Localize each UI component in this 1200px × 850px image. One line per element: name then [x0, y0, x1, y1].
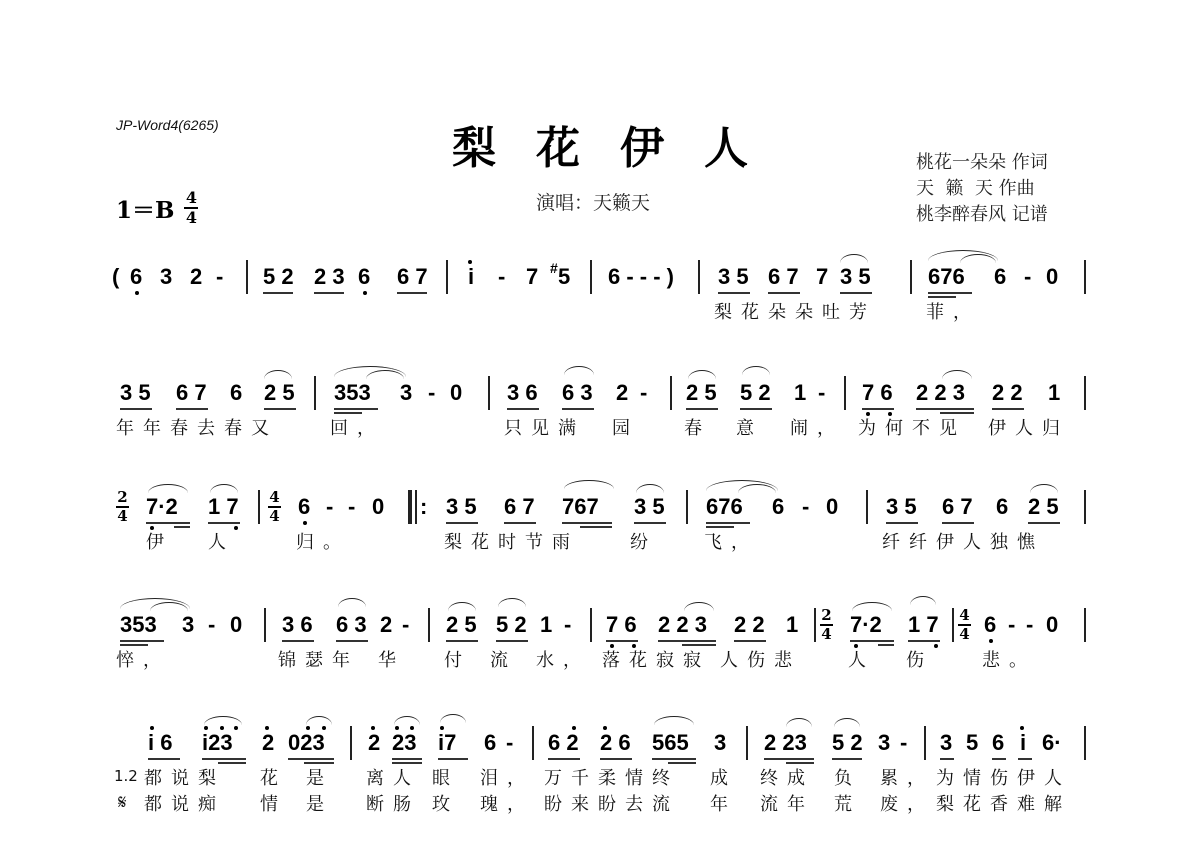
lyric: 梨花朵朵吐芳 — [714, 298, 876, 324]
lyric: 年 — [710, 790, 737, 816]
lyric: 为何不见 — [858, 414, 966, 440]
lyric: 情 — [260, 790, 287, 816]
lyric: 闹， — [790, 414, 844, 440]
lyric: 万千柔情终 — [544, 764, 679, 790]
lyric: 人 — [208, 528, 235, 554]
time-signature-change: 24 — [116, 490, 129, 524]
lyric: 荒 — [834, 790, 861, 816]
lyric: 年年春去春又 — [116, 414, 278, 440]
lyric: 纤纤伊人独憔 — [882, 528, 1044, 554]
notation-row: 24 7·2 1 7 44 6 --0 : 3 5 6 7 767 3 5 67… — [100, 486, 1100, 526]
lyric: 春 — [684, 414, 711, 440]
credits-block: 桃花一朵朵 作词 天 籁 天 作曲 桃李醉春风 记谱 — [916, 150, 1048, 228]
lyric: 落花寂寂 — [602, 646, 710, 672]
time-signature-change: 24 — [820, 608, 833, 642]
composer-credit: 天 籁 天 作曲 — [916, 176, 1048, 202]
segno-icon: 𝄋 — [118, 790, 127, 814]
lyric: 终成 — [760, 764, 814, 790]
lyric: 人伤悲 — [720, 646, 801, 672]
lyric: 锦瑟年 — [278, 646, 359, 672]
time-signature: 4 4 — [184, 190, 198, 226]
lyric: 人 — [848, 646, 875, 672]
lyric: 玫 — [432, 790, 459, 816]
lyricist-credit: 桃花一朵朵 作词 — [916, 150, 1048, 176]
score-line-5: i 6 i23 2 023 2 23 i7 6- 6 2 2 6 565 3 2… — [100, 722, 1100, 822]
notation-row: 3 5 6 7 6 2 5 353 3-0 3 6 6 3 2- 2 5 5 2… — [100, 372, 1100, 412]
lyric: 流 — [490, 646, 517, 672]
lyric: 废， — [880, 790, 934, 816]
score-line-3: 24 7·2 1 7 44 6 --0 : 3 5 6 7 767 3 5 67… — [100, 486, 1100, 556]
lyric: 流年 — [760, 790, 814, 816]
lyric: 盼来盼去流 — [544, 790, 679, 816]
score-line-2: 3 5 6 7 6 2 5 353 3-0 3 6 6 3 2- 2 5 5 2… — [100, 372, 1100, 442]
score-line-1: ( 6 3 2 - 5 2 2 3 6 6 7 i - 7 #5 6 - - -… — [100, 256, 1100, 326]
lyric: 断肠 — [366, 790, 420, 816]
lyric: 成 — [710, 764, 737, 790]
transcriber-credit: 桃李醉春风 记谱 — [916, 202, 1048, 228]
key-label: 1＝B — [116, 192, 174, 225]
lyric: 悲。 — [982, 646, 1036, 672]
lyric: 园 — [612, 414, 639, 440]
notation-row: 353 3-0 3 6 6 3 2- 2 5 5 2 1- 7 6 2 2 3 … — [100, 604, 1100, 644]
lyric: 纷 — [630, 528, 657, 554]
lyric: 回， — [330, 414, 384, 440]
lyric: 累， — [880, 764, 934, 790]
key-signature: 1＝B 4 4 — [116, 190, 198, 226]
lyric: 伤 — [906, 646, 933, 672]
lyric: 水， — [536, 646, 590, 672]
lyric: 都说痴 — [144, 790, 225, 816]
verse-number: 1.2 — [114, 767, 138, 785]
lyric: 负 — [834, 764, 861, 790]
lyric: 付 — [444, 646, 471, 672]
lyric: 归。 — [296, 528, 350, 554]
lyric: 瑰， — [480, 790, 534, 816]
lyric: 是 — [306, 764, 333, 790]
lyric: 离人 — [366, 764, 420, 790]
lyric: 只见满 — [504, 414, 585, 440]
lyric: 花 — [260, 764, 287, 790]
lyric: 伊人归 — [988, 414, 1069, 440]
lyric: 都说梨 — [144, 764, 225, 790]
lyric: 泪， — [480, 764, 534, 790]
lyric: 为情伤伊人 — [936, 764, 1071, 790]
lyric: 意 — [736, 414, 763, 440]
lyric: 悴， — [116, 646, 170, 672]
time-signature-change: 44 — [958, 608, 971, 642]
lyric: 是 — [306, 790, 333, 816]
lyric: 梨花时节雨 — [444, 528, 579, 554]
score-line-4: 353 3-0 3 6 6 3 2- 2 5 5 2 1- 7 6 2 2 3 … — [100, 604, 1100, 674]
lyric: 梨花香难解 — [936, 790, 1071, 816]
time-signature-change: 44 — [268, 490, 281, 524]
notation-row: i 6 i23 2 023 2 23 i7 6- 6 2 2 6 565 3 2… — [100, 722, 1100, 762]
singer-label: 演唱：天籁天 — [536, 188, 650, 215]
notation-row: ( 6 3 2 - 5 2 2 3 6 6 7 i - 7 #5 6 - - -… — [100, 256, 1100, 296]
lyric: 华 — [378, 646, 405, 672]
lyric: 伊 — [146, 528, 173, 554]
lyric: 菲， — [926, 298, 980, 324]
lyric: 飞， — [704, 528, 758, 554]
lyric: 眼 — [432, 764, 459, 790]
